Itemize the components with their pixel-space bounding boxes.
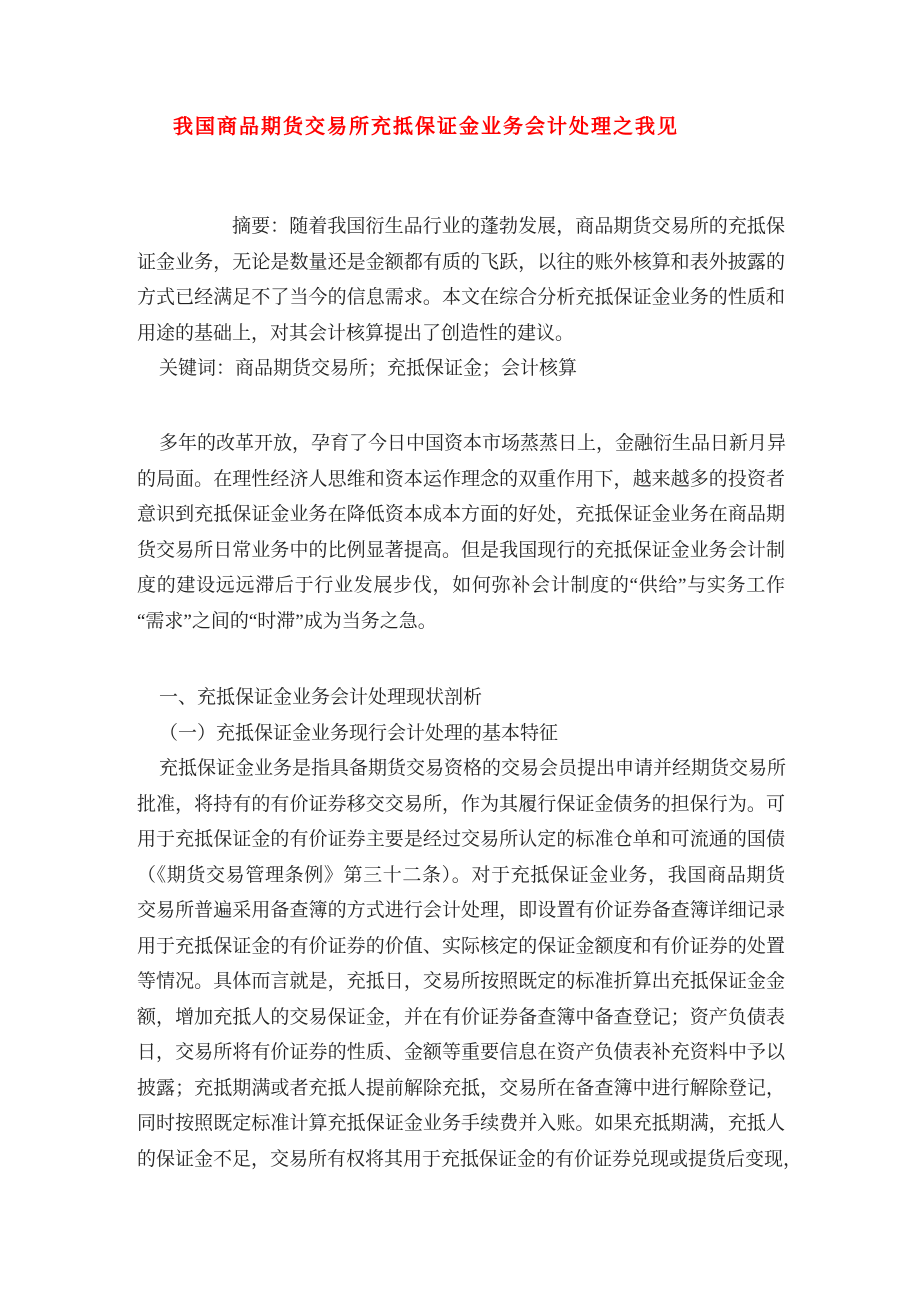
section-1-heading: 一、充抵保证金业务会计处理现状剖析: [137, 680, 785, 716]
intro-line: 的局面。在理性经济人思维和资本运作理念的双重作用下，越来越多的投资者: [137, 462, 785, 498]
keywords-line: 关键词：商品期货交易所；充抵保证金；会计核算: [137, 351, 785, 387]
abstract-line: 证金业务，无论是数量还是金额都有质的飞跃，以往的账外核算和表外披露的: [137, 245, 785, 281]
section-body-line: 同时按照既定标准计算充抵保证金业务手续费并入账。如果充抵期满，充抵人: [137, 1106, 785, 1142]
title-block: 我国商品期货交易所充抵保证金业务会计处理之我见: [137, 110, 785, 145]
document-title: 我国商品期货交易所充抵保证金业务会计处理之我见: [137, 110, 785, 145]
intro-line: 度的建设远远滞后于行业发展步伐，如何弥补会计制度的“供给”与实务工作: [137, 568, 785, 604]
intro-line: 多年的改革开放，孕育了今日中国资本市场蒸蒸日上，金融衍生品日新月异: [137, 426, 785, 462]
abstract-line: 方式已经满足不了当今的信息需求。本文在综合分析充抵保证金业务的性质和: [137, 280, 785, 316]
section-body-line: 等情况。具体而言就是，充抵日，交易所按照既定的标准折算出充抵保证金金: [137, 964, 785, 1000]
abstract-paragraph: 摘要：随着我国衍生品行业的蓬勃发展，商品期货交易所的充抵保 证金业务，无论是数量…: [137, 209, 785, 387]
intro-paragraph: 多年的改革开放，孕育了今日中国资本市场蒸蒸日上，金融衍生品日新月异 的局面。在理…: [137, 426, 785, 639]
abstract-line: 用途的基础上，对其会计核算提出了创造性的建议。: [137, 316, 785, 352]
section-body-line: 充抵保证金业务是指具备期货交易资格的交易会员提出申请并经期货交易所: [137, 751, 785, 787]
intro-line: 意识到充抵保证金业务在降低资本成本方面的好处，充抵保证金业务在商品期: [137, 497, 785, 533]
intro-line: “需求”之间的“时滞”成为当务之急。: [137, 604, 785, 640]
abstract-line: 摘要：随着我国衍生品行业的蓬勃发展，商品期货交易所的充抵保: [137, 209, 785, 245]
section-body-line: 用于充抵保证金的有价证券主要是经过交易所认定的标准仓单和可流通的国债: [137, 822, 785, 858]
section-body-line: 交易所普遍采用备查簿的方式进行会计处理，即设置有价证券备查簿详细记录: [137, 893, 785, 929]
section-body-line: 额，增加充抵人的交易保证金，并在有价证券备查簿中备查登记；资产负债表: [137, 1000, 785, 1036]
document-page: 我国商品期货交易所充抵保证金业务会计处理之我见 摘要：随着我国衍生品行业的蓬勃发…: [0, 0, 920, 1302]
section-body-line: 的保证金不足，交易所有权将其用于充抵保证金的有价证券兑现或提货后变现，: [137, 1142, 785, 1178]
section-1: 一、充抵保证金业务会计处理现状剖析 （一）充抵保证金业务现行会计处理的基本特征 …: [137, 680, 785, 1177]
section-body-line: 日，交易所将有价证券的性质、金额等重要信息在资产负债表补充资料中予以: [137, 1035, 785, 1071]
section-body-line: 披露；充抵期满或者充抵人提前解除充抵，交易所在备查簿中进行解除登记，: [137, 1071, 785, 1107]
section-body-line: 批准，将持有的有价证券移交交易所，作为其履行保证金债务的担保行为。可: [137, 787, 785, 823]
section-body-line: 用于充抵保证金的有价证券的价值、实际核定的保证金额度和有价证券的处置: [137, 929, 785, 965]
section-body-line: （《期货交易管理条例》第三十二条）。对于充抵保证金业务，我国商品期货: [137, 858, 785, 894]
section-1-1-subheading: （一）充抵保证金业务现行会计处理的基本特征: [137, 716, 785, 752]
intro-line: 货交易所日常业务中的比例显著提高。但是我国现行的充抵保证金业务会计制: [137, 533, 785, 569]
